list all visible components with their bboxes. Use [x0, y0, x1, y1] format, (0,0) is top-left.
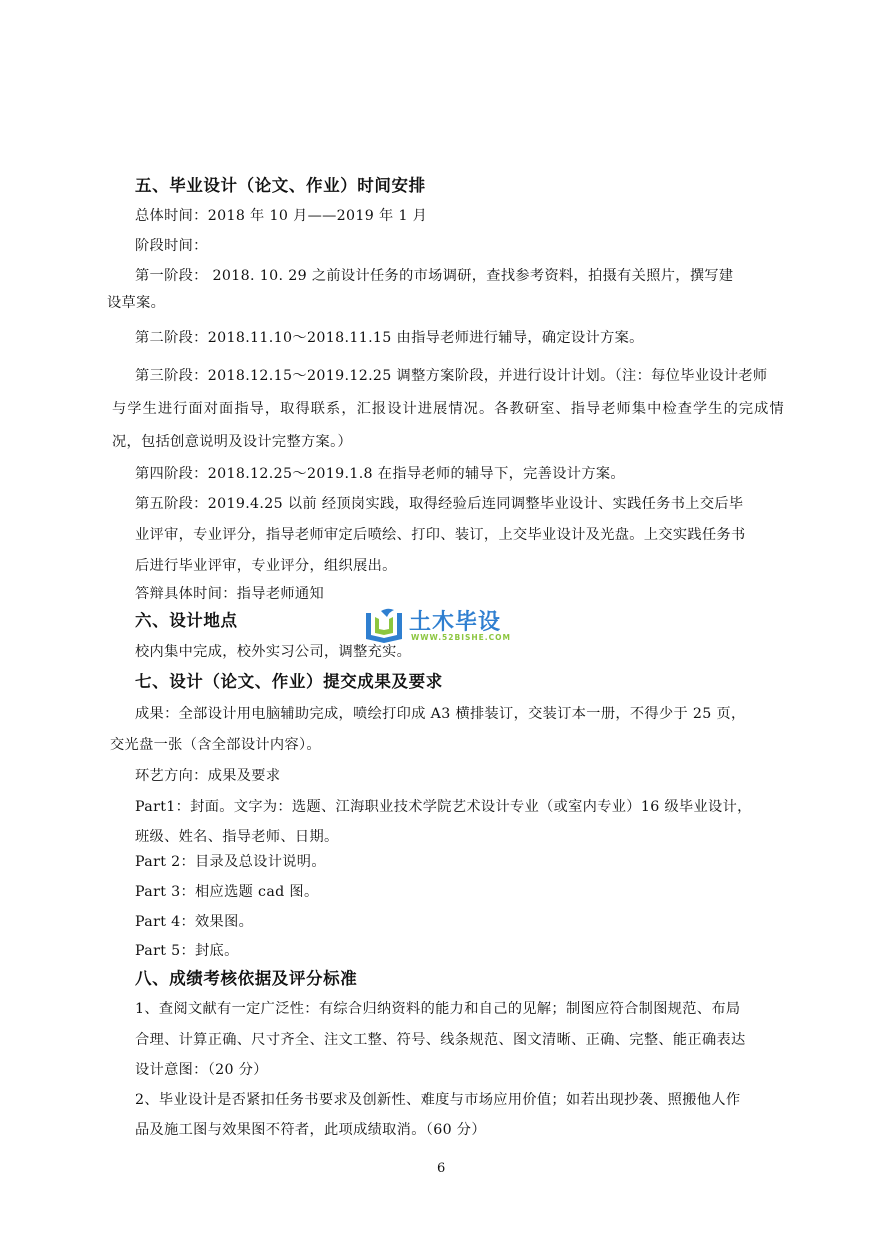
section-6-heading: 六、设计地点: [135, 611, 238, 631]
item2-line2: 品及施工图与效果图不符者，此项成绩取消。（60 分）: [135, 1120, 486, 1140]
overall-time: 总体时间：2018 年 10 月——2019 年 1 月: [135, 206, 427, 226]
part1-line2: 班级、姓名、指导老师、日期。: [135, 827, 339, 847]
document-page: 五、毕业设计（论文、作业）时间安排 总体时间：2018 年 10 月——2019…: [0, 0, 886, 1253]
part2: Part 2：目录及总设计说明。: [135, 852, 326, 872]
part5: Part 5：封底。: [135, 941, 239, 961]
item1-line2: 合理、计算正确、尺寸齐全、注文工整、符号、线条规范、图文清晰、正确、完整、能正确…: [135, 1030, 746, 1050]
defense-time: 答辩具体时间：指导老师通知: [135, 584, 324, 604]
section-8-heading: 八、成绩考核依据及评分标准: [135, 969, 357, 989]
page-number: 6: [437, 1161, 445, 1176]
book-logo-icon: [363, 607, 405, 645]
stage3-line2: 与学生进行面对面指导，取得联系，汇报设计进展情况。各教研室、指导老师集中检查学生…: [112, 399, 784, 419]
direction-label: 环艺方向：成果及要求: [135, 766, 280, 786]
part4: Part 4：效果图。: [135, 912, 253, 932]
part3: Part 3：相应选题 cad 图。: [135, 882, 319, 902]
stage1-line2: 设草案。: [107, 293, 165, 313]
watermark-name: 土木毕设: [409, 605, 501, 636]
part1-line1: Part1：封面。文字为：选题、江海职业技术学院艺术设计专业（或室内专业）16 …: [135, 797, 752, 817]
results-line2: 交光盘一张（含全部设计内容）。: [110, 735, 321, 755]
stage2-line1: 第二阶段：2018.11.10～2018.11.15 由指导老师进行辅导，确定设…: [135, 328, 644, 348]
watermark-logo: 土木毕设 WWW.52BISHE.COM: [363, 607, 528, 647]
stage3-line1: 第三阶段：2018.12.15～2019.12.25 调整方案阶段，并进行设计计…: [135, 366, 767, 386]
stage-time-label: 阶段时间：: [135, 236, 208, 256]
item1-line1: 1、查阅文献有一定广泛性：有综合归纳资料的能力和自己的见解；制图应符合制图规范、…: [135, 999, 740, 1019]
stage4-line1: 第四阶段：2018.12.25～2019.1.8 在指导老师的辅导下，完善设计方…: [135, 464, 625, 484]
section-5-heading: 五、毕业设计（论文、作业）时间安排: [135, 176, 426, 196]
results-line1: 成果：全部设计用电脑辅助完成，喷绘打印成 A3 横排装订，交装订本一册，不得少于…: [135, 704, 746, 724]
stage5-line3: 后进行毕业评审，专业评分，组织展出。: [135, 556, 397, 576]
section-7-heading: 七、设计（论文、作业）提交成果及要求: [135, 672, 443, 692]
stage1-line1: 第一阶段： 2018. 10. 29 之前设计任务的市场调研，查找参考资料，拍摄…: [135, 266, 733, 286]
item2-line1: 2、毕业设计是否紧扣任务书要求及创新性、难度与市场应用价值；如若出现抄袭、照搬他…: [135, 1090, 740, 1110]
stage3-line3: 况，包括创意说明及设计完整方案。）: [112, 432, 352, 452]
stage5-line2: 业评审，专业评分，指导老师审定后喷绘、打印、装订，上交毕业设计及光盘。上交实践任…: [135, 525, 746, 545]
watermark-url: WWW.52BISHE.COM: [411, 633, 511, 642]
item1-line3: 设计意图：（20 分）: [135, 1060, 268, 1080]
stage5-line1: 第五阶段：2019.4.25 以前 经顶岗实践，取得经验后连同调整毕业设计、实践…: [135, 494, 743, 514]
